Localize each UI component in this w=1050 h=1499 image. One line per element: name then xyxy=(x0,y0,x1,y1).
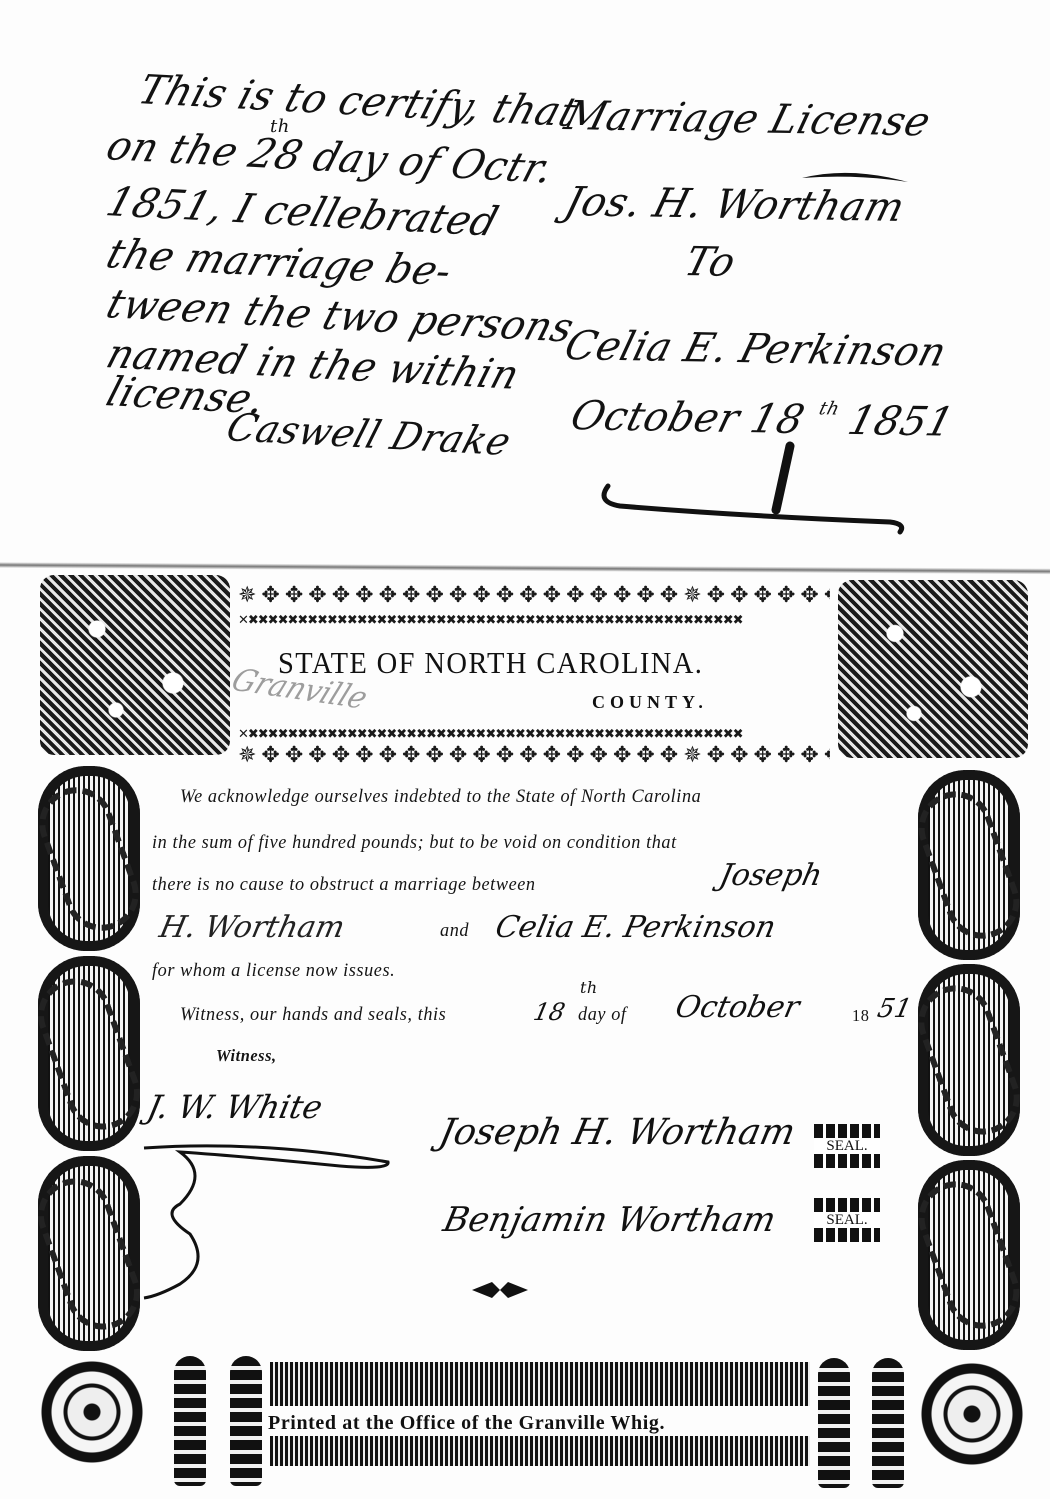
bond-day: 18 xyxy=(531,998,567,1026)
groom-first-name: Joseph xyxy=(716,858,825,893)
left-vine-border-2 xyxy=(38,956,140,1151)
docket-date-month-day: October 18 xyxy=(566,393,810,443)
left-vine-border-3 xyxy=(38,1156,140,1351)
witness-flourish xyxy=(140,1134,410,1304)
footer-left-medallion xyxy=(40,1360,144,1464)
footer-right-plume-1 xyxy=(818,1358,850,1488)
certificate-line-1: This is to certify, that xyxy=(134,70,582,133)
bond-text-line-1: We acknowledge ourselves indebted to the… xyxy=(180,786,701,808)
bride-name: Celia E. Perkinson xyxy=(492,910,779,945)
certificate-line-2: on the 28 day of Octr. xyxy=(102,126,558,190)
county-label: COUNTY. xyxy=(592,692,708,713)
day-of-label: day of xyxy=(578,1004,627,1026)
docket-connector: To xyxy=(681,242,740,283)
bond-day-suffix: th xyxy=(580,978,598,997)
seal-surety: SEAL. xyxy=(814,1198,880,1242)
top-right-corner-ornament xyxy=(838,580,1028,758)
left-vine-border-1 xyxy=(38,766,140,951)
seal-principal: SEAL. xyxy=(814,1124,880,1168)
top-chain-border: ✕✖✖✖✖✖✖✖✖✖✖✖✖✖✖✖✖✖✖✖✖✖✖✖✖✖✖✖✖✖✖✖✖✖✖✖✖✖✖✖… xyxy=(238,614,830,628)
certificate-ordinal-suffix: th xyxy=(270,116,290,137)
bottom-chain-border: ✕✖✖✖✖✖✖✖✖✖✖✖✖✖✖✖✖✖✖✖✖✖✖✖✖✖✖✖✖✖✖✖✖✖✖✖✖✖✖✖… xyxy=(238,728,830,742)
groom-surname: H. Wortham xyxy=(156,910,348,945)
docket-date: October 18 th 1851 xyxy=(567,396,958,443)
docket-date-suffix: th xyxy=(817,398,842,419)
paraph-mark xyxy=(470,1278,530,1302)
right-vine-border-1 xyxy=(918,770,1020,960)
docket-title: Marriage License xyxy=(561,96,935,142)
officiant-signature: Caswell Drake xyxy=(222,408,515,461)
principal-signature: Joseph H. Wortham xyxy=(436,1112,799,1153)
year-suffix: 51 xyxy=(875,994,914,1024)
seal-label: SEAL. xyxy=(824,1138,869,1154)
and-label: and xyxy=(440,920,469,942)
fold-line xyxy=(0,562,1050,574)
seal-label: SEAL. xyxy=(824,1212,869,1228)
license-issues-line: for whom a license now issues. xyxy=(152,960,395,982)
bond-text-line-2: in the sum of five hundred pounds; but t… xyxy=(152,832,677,854)
form-title: STATE OF NORTH CAROLINA. xyxy=(278,645,703,681)
top-left-corner-ornament xyxy=(40,575,230,755)
witness-label: Witness, xyxy=(216,1046,277,1066)
witness-hands-line: Witness, our hands and seals, this xyxy=(180,1004,446,1026)
surety-signature: Benjamin Wortham xyxy=(440,1200,780,1240)
bond-text-line-3: there is no cause to obstruct a marriage… xyxy=(152,874,536,896)
right-vine-border-3 xyxy=(918,1160,1020,1350)
footer-left-plume-2 xyxy=(230,1356,262,1486)
paraph-flourish xyxy=(590,440,920,540)
footer-right-medallion xyxy=(920,1362,1024,1466)
right-vine-border-2 xyxy=(918,964,1020,1156)
witness-signature: J. W. White xyxy=(144,1088,326,1126)
top-star-border: ✵✥✥✥✥✥✥✥✥✥✥✥✥✥✥✥✥✥✥✵✥✥✥✥✥✥✥✥✥✥✥ xyxy=(238,584,830,608)
footer-top-chain xyxy=(270,1362,810,1406)
printer-imprint: Printed at the Office of the Granville W… xyxy=(266,1412,667,1435)
year-prefix: 18 xyxy=(852,1006,869,1026)
docket-groom: Jos. H. Wortham xyxy=(561,182,909,228)
footer-right-plume-2 xyxy=(872,1358,904,1488)
footer-bottom-chain xyxy=(270,1436,810,1466)
bottom-star-border: ✵✥✥✥✥✥✥✥✥✥✥✥✥✥✥✥✥✥✥✵✥✥✥✥✥✥✥✥✥✥✥ xyxy=(238,744,830,768)
docket-bride: Celia E. Perkinson xyxy=(561,326,951,373)
docket-date-year: 1851 xyxy=(843,398,959,446)
footer-left-plume-1 xyxy=(174,1356,206,1486)
bond-month: October xyxy=(672,990,802,1025)
